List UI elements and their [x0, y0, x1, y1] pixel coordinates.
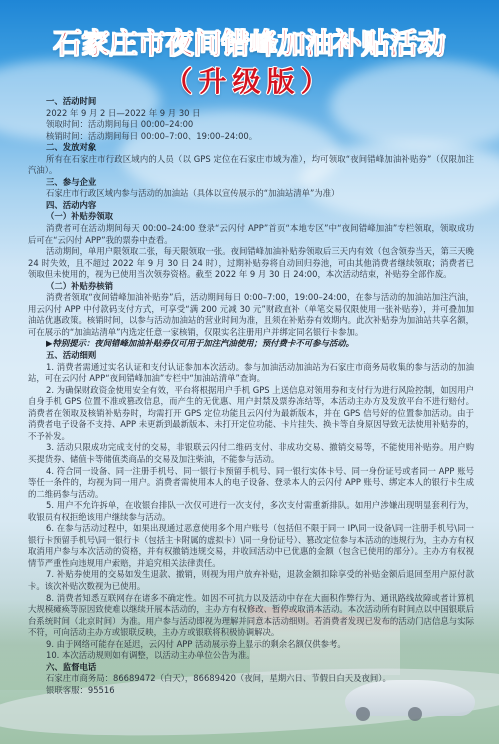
main-title: 石家庄市夜间错峰加油补贴活动	[0, 26, 499, 62]
rule-item: 4. 符合同一设备、同一注册手机号、同一银行卡预留手机号、同一银行实体卡号、同一…	[28, 466, 474, 501]
rule-item: 7. 补贴券使用的交易如发生退款、撤销，则视为用户放弃补贴，退款金额扣除享受的补…	[28, 569, 474, 592]
claim-time: 领取时间：活动期间每日 00:00–24:00	[28, 119, 474, 131]
section-heading-hotline: 六、监督电话	[28, 662, 474, 674]
commerce-bureau-phone: 石家庄市商务局：86689472（白天），86689420（夜间，星期六日、节假…	[28, 673, 474, 685]
activity-period: 2022 年 9 月 2 日—2022 年 9 月 30 日	[28, 108, 474, 120]
subheading-redeem: （二）补贴券核销	[28, 281, 474, 293]
section-heading-target: 二、发放对象	[28, 142, 474, 154]
claim-paragraph-2: 活动期间，单用户限领取二张，每天限领取一张。夜间错峰加油补贴券领取后三天内有效（…	[28, 246, 474, 281]
rule-item: 5. 用户不允许拆单，在收银台排队一次仅可进行一次支付，多次支付需重新排队。如用…	[28, 500, 474, 523]
car-wheel-icon	[408, 707, 422, 721]
claim-paragraph-1: 消费者可在活动期间每天 00:00–24:00 登录“云闪付 APP”首页“本地…	[28, 223, 474, 246]
section-heading-content: 四、活动内容	[28, 200, 474, 212]
section-heading-rules: 五、活动细则	[28, 350, 474, 362]
section-heading-time: 一、活动时间	[28, 96, 474, 108]
poster-title: 石家庄市夜间错峰加油补贴活动 （升级版）	[0, 26, 499, 100]
rule-item: 10. 本次活动规则如有调整，以活动主办单位公告为准。	[28, 650, 474, 662]
subtitle: （升级版）	[0, 64, 499, 100]
enterprise-text: 石家庄市行政区域内参与活动的加油站（具体以宣传展示的“加油站清单”为准）	[28, 188, 474, 200]
target-text: 所有在石家庄市行政区域内的人员（以 GPS 定位在石家庄市域为准），均可领取“夜…	[28, 154, 474, 177]
unionpay-service-phone: 银联客服：95516	[28, 685, 474, 697]
redeem-time: 核销时间：活动期间每日 00:00–7:00、19:00–24:00。	[28, 131, 474, 143]
announcement-body: 一、活动时间 2022 年 9 月 2 日—2022 年 9 月 30 日 领取…	[28, 96, 474, 696]
special-notice: ▶特别提示：夜间错峰加油补贴券仅可用于加注汽油使用；预付费卡不可参与活动。	[28, 338, 474, 350]
rule-item: 1. 消费者需通过实名认证和支付认证参加本次活动。参与加油活动加油站为石家庄市商…	[28, 362, 474, 385]
subheading-claim: （一）补贴券领取	[28, 211, 474, 223]
rule-item: 9. 由于网络可能存在延迟，云闪付 APP 活动展示券上显示的剩余名额仅供参考。	[28, 639, 474, 651]
redeem-paragraph: 消费者领取“夜间错峰加油补贴券”后，活动期间每日 0:00–7:00，19:00…	[28, 292, 474, 338]
rule-item: 6. 在参与活动过程中，如果出现通过恶意使用多个用户账号（包括但不限于同一 IP…	[28, 523, 474, 569]
car-wheel-icon	[356, 707, 370, 721]
rule-item: 8. 消费者知悉互联网存在诸多不确定性。如因不可抗力以及活动中存在大面积作弊行为…	[28, 593, 474, 639]
rule-item: 3. 活动只限成功完成支付的交易，非银联云闪付二维码支付、非成功交易、撤销交易等…	[28, 442, 474, 465]
section-heading-enterprise: 三、参与企业	[28, 177, 474, 189]
rule-item: 2. 为确保财政资金使用安全有效，平台将根据用户手机 GPS 上送信息对领用券和…	[28, 385, 474, 443]
